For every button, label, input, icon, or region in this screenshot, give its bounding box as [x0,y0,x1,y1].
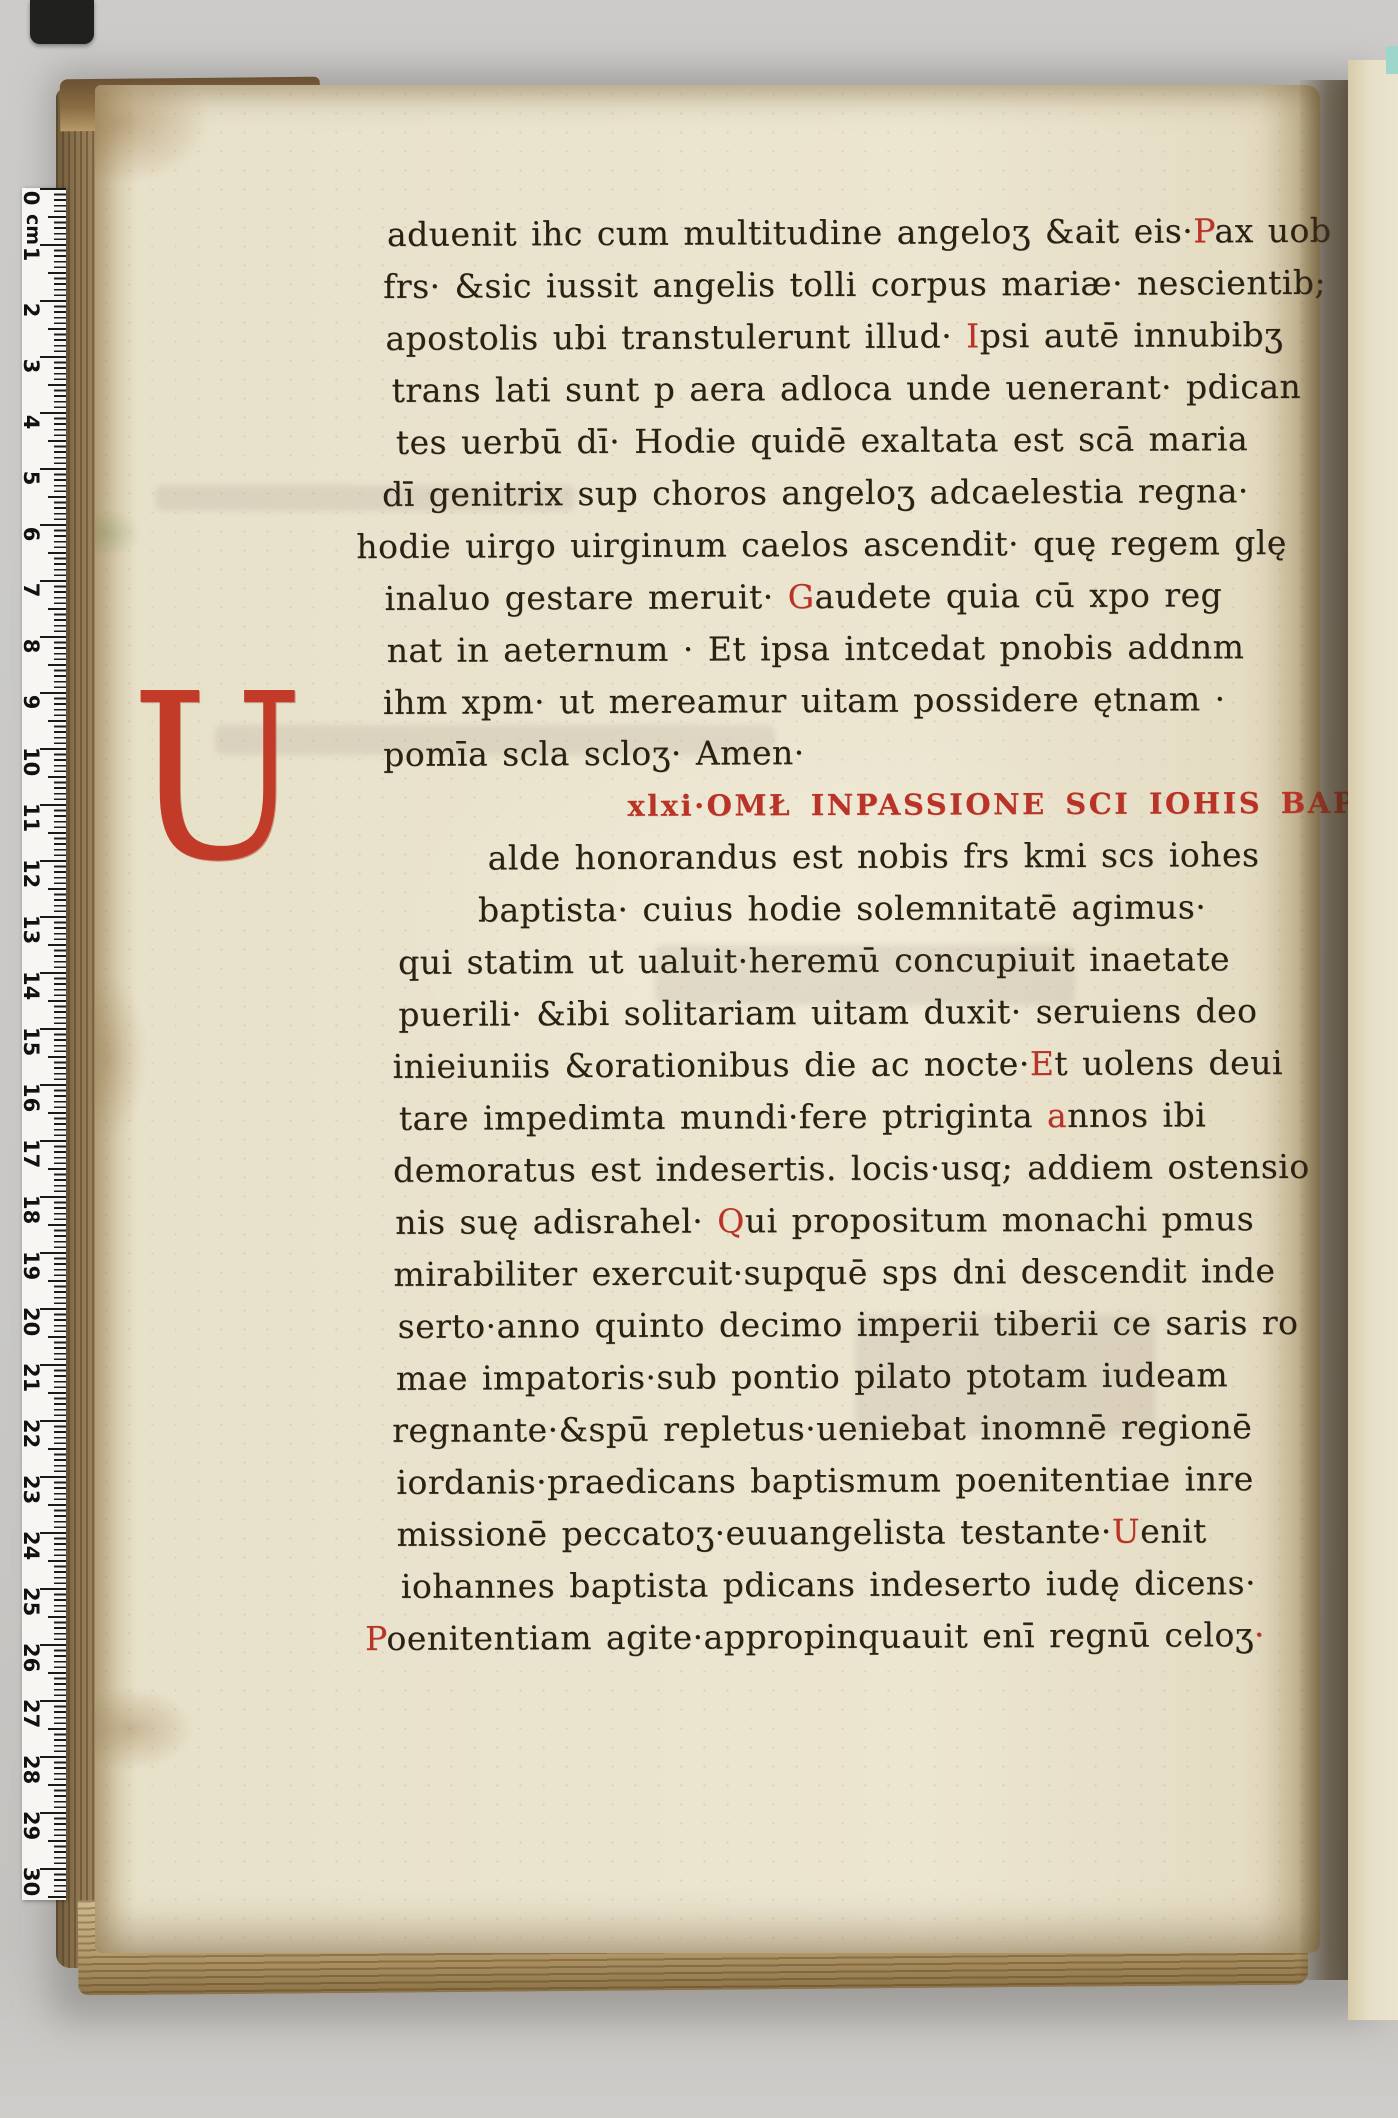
manuscript-line: tare impedimta mundi·fere ptriginta anno… [329,1089,1339,1145]
ruler-cm-label: 20 [19,1307,43,1329]
ruler-cm-label: 10 [19,747,43,769]
manuscript-line: ihm xpm· ut mereamur uitam possidere ętn… [327,673,1337,729]
manuscript-line: inaluo gestare meruit· Gaudete quia cū x… [326,569,1336,625]
ruler-cm-label: 7 [19,579,43,601]
ruler-cm-label: 24 [19,1531,43,1553]
manuscript-line: hodie uirgo uirginum caelos ascendit· qu… [326,517,1336,573]
ruler-cm-label: 4 [19,411,43,433]
manuscript-line: tes uerbū dī· Hodie quidē exaltata est s… [326,413,1336,469]
ruler-cm-label: 0 [19,187,43,209]
parchment-page: U aduenit ihc cum multitudine angeloʒ &a… [95,85,1320,1953]
ruler-cm-label: 3 [19,355,43,377]
manuscript-line: dī genitrix sup choros angeloʒ adcaelest… [326,465,1336,521]
manuscript-text-block: aduenit ihc cum multitudine angeloʒ &ait… [325,205,1341,1665]
manuscript-photo: U aduenit ihc cum multitudine angeloʒ &a… [0,0,1398,2118]
ruler-cm-label: 12 [19,859,43,881]
facing-page-sliver: I ffeboprhiuntpnhqfdonpbnpnTp [1348,60,1398,2020]
manuscript-line: pomīa scla scloʒ· Amen· [327,725,1337,781]
manuscript-line: inieiuniis &orationibus die ac nocte·Et … [328,1037,1338,1093]
manuscript-line: baptista· cuius hodie solemnitatē agimus… [328,881,1338,937]
ruler-cm-label: 17 [19,1139,43,1161]
ruler-cm-label: 15 [19,1027,43,1049]
edge-tab [1386,46,1398,74]
manuscript-line: trans lati sunt p aera adloca unde uener… [326,361,1336,417]
manuscript-line: serto·anno quinto decimo imperii tiberii… [330,1297,1340,1353]
ruler-cm-label: 28 [19,1755,43,1777]
manuscript-line: Poenitentiam agite·appropinquauit enī re… [331,1609,1341,1665]
ruler-cm-label: 26 [19,1643,43,1665]
manuscript-line: qui statim ut ualuit·heremū concupiuit i… [328,933,1338,989]
manuscript-line: demoratus est indesertis. locis·usq; add… [329,1141,1339,1197]
ruler-cm-label: 25 [19,1587,43,1609]
ruler-cm-label: 14 [19,971,43,993]
manuscript-line: mae impatoris·sub pontio pilato ptotam i… [330,1349,1340,1405]
manuscript-line: iordanis·praedicans baptismum poenitenti… [330,1453,1340,1509]
manuscript-line: aduenit ihc cum multitudine angeloʒ &ait… [325,205,1335,261]
manuscript-line: mirabiliter exercuit·supquē sps dni desc… [329,1245,1339,1301]
ruler-cm-label: 8 [19,635,43,657]
ruler-cm-label: 1 [19,243,43,265]
ruler-cm-ticks [40,188,66,1900]
decorated-initial: U [131,665,304,895]
manuscript-line: frs· &sic iussit angelis tolli corpus ma… [325,257,1335,313]
ruler-cm-label: 30 [19,1867,43,1889]
ruler-cm-label: 2 [19,299,43,321]
manuscript-line: nat in aeternum · Et ipsa intcedat pnobi… [327,621,1337,677]
manuscript-line: nis suę adisrahel· Qui propositum monach… [329,1193,1339,1249]
ruler-cm-label: 21 [19,1363,43,1385]
binding-clamp [30,0,94,44]
ruler-cm-label: 23 [19,1475,43,1497]
ruler-cm-label: 13 [19,915,43,937]
ruler-cm-label: 18 [19,1195,43,1217]
manuscript-line: xlxi·OMŁ INPASSIONE SCI IOHIS BAPTISTE· [327,777,1337,833]
ruler-cm-label: 29 [19,1811,43,1833]
ruler-cm-label: 11 [19,803,43,825]
ruler-cm-label: 5 [19,467,43,489]
ruler-unit-label: cm [22,214,44,236]
ruler-cm-label: 27 [19,1699,43,1721]
gutter-shadow [1300,80,1352,1980]
ruler-cm-label: 6 [19,523,43,545]
cm-ruler: 0123456789101112131415161718192021222324… [22,188,66,1900]
ruler-cm-label: 9 [19,691,43,713]
manuscript-line: puerili· &ibi solitariam uitam duxit· se… [328,985,1338,1041]
ruler-cm-label: 22 [19,1419,43,1441]
ruler-cm-label: 19 [19,1251,43,1273]
manuscript-line: iohannes baptista pdicans indeserto iudę… [331,1557,1341,1613]
manuscript-line: regnante·&spū repletus·ueniebat inomnē r… [330,1401,1340,1457]
manuscript-line: alde honorandus est nobis frs kmi scs io… [328,829,1338,885]
ruler-cm-label: 16 [19,1083,43,1105]
manuscript-line: apostolis ubi transtulerunt illud· Ipsi … [325,309,1335,365]
manuscript-line: missionē peccatoʒ·euuangelista testante·… [331,1505,1341,1561]
